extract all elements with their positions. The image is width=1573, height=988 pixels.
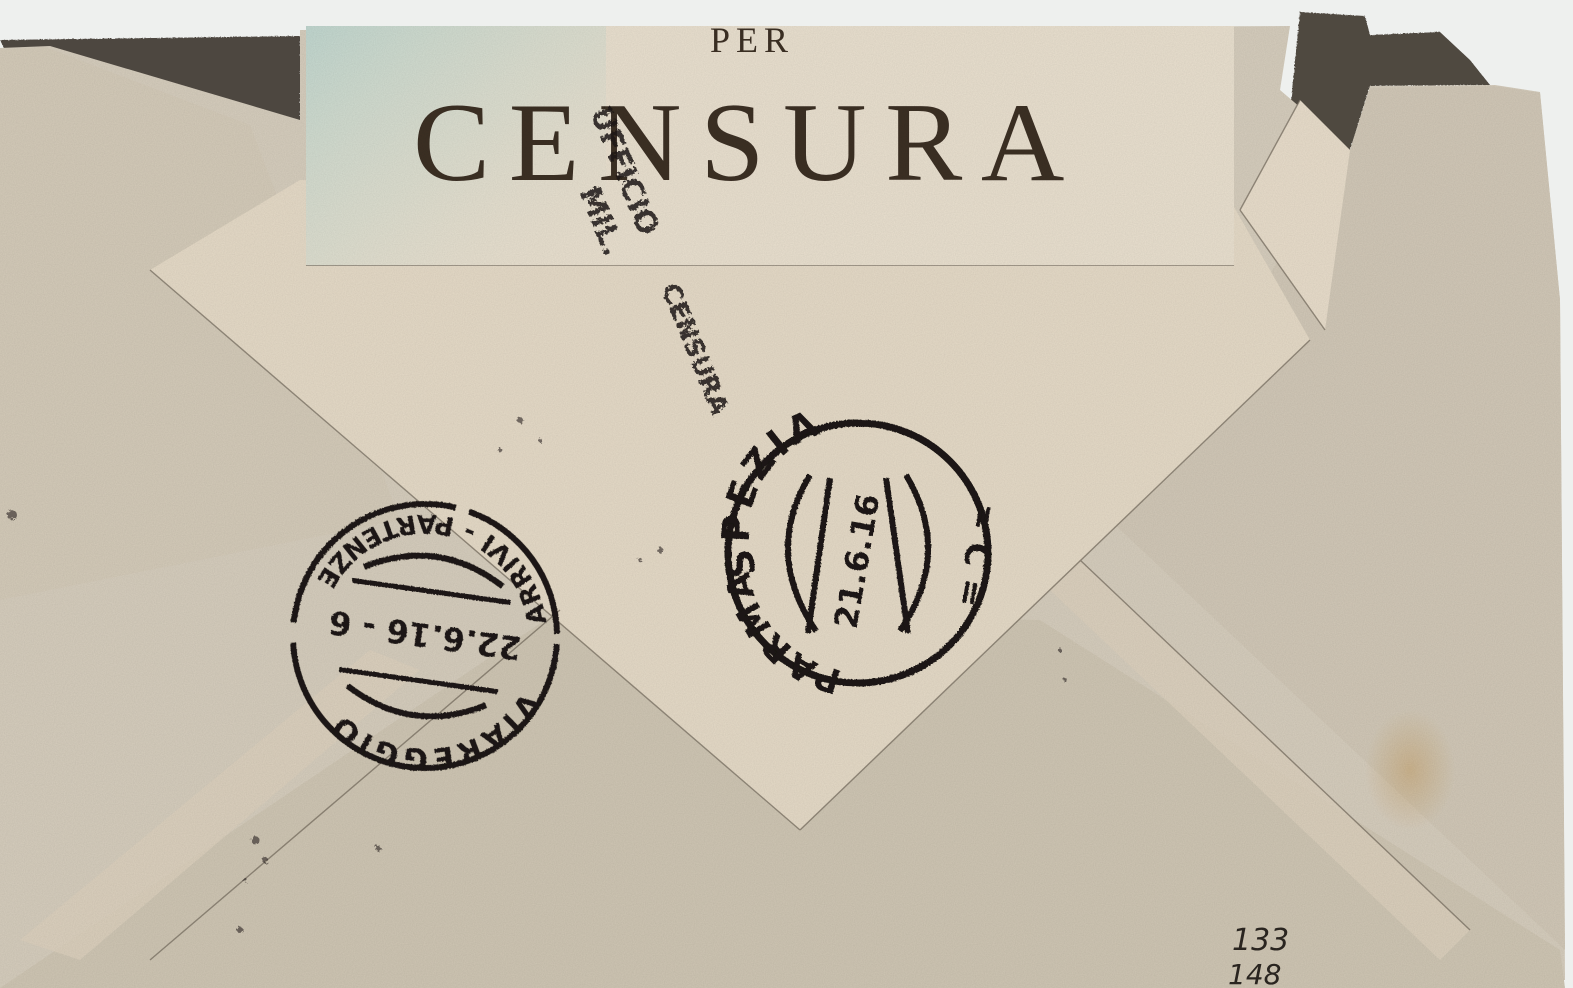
pencil-note-line2: 148 [1228,958,1281,988]
envelope-photo: PER CENSURA UFFICIO MIL. CENSURA SPEZIA … [0,0,1573,988]
censor-label-censura: CENSURA [413,81,1083,205]
censor-label-per: PER [710,20,794,60]
censor-label: PER CENSURA [306,20,1234,266]
pencil-note-line1: 133 [1232,923,1289,958]
pencil-notes: 133 148 [1228,923,1289,988]
